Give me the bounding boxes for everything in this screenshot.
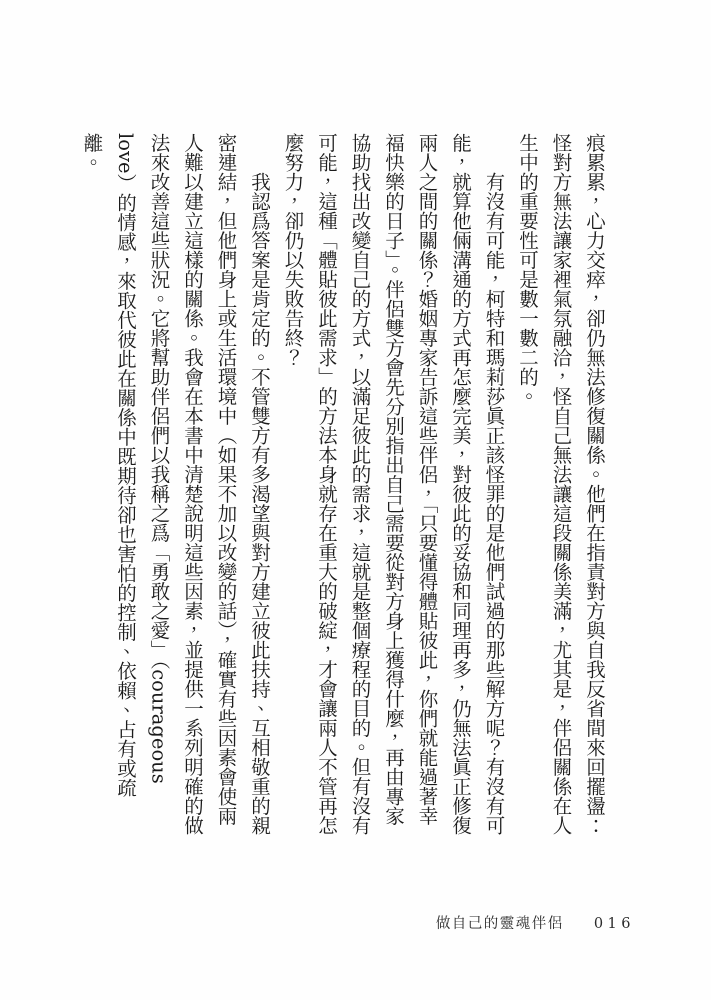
page-footer: 做自己的靈魂伴侶 016 bbox=[436, 912, 635, 933]
paragraph: 有沒有可能，柯特和瑪莉莎眞正該怪罪的是他們試過的那些解方呢？有沒有可能，就算他倆… bbox=[276, 133, 511, 835]
footer-book-title: 做自己的靈魂伴侶 bbox=[436, 912, 564, 933]
body-text-block: 痕累累，心力交瘁，卻仍無法修復關係。他們在指責對方與自我反省間來回擺盪：怪對方無… bbox=[105, 133, 611, 835]
paragraph-continued: 痕累累，心力交瘁，卻仍無法修復關係。他們在指責對方與自我反省間來回擺盪：怪對方無… bbox=[511, 133, 612, 835]
book-page: 痕累累，心力交瘁，卻仍無法修復關係。他們在指責對方與自我反省間來回擺盪：怪對方無… bbox=[0, 0, 711, 1000]
footer-page-number: 016 bbox=[594, 916, 635, 932]
paragraph: 我認爲答案是肯定的。不管雙方有多渴望與對方建立彼此扶持、互相敬重的親密連結，但他… bbox=[75, 133, 276, 835]
